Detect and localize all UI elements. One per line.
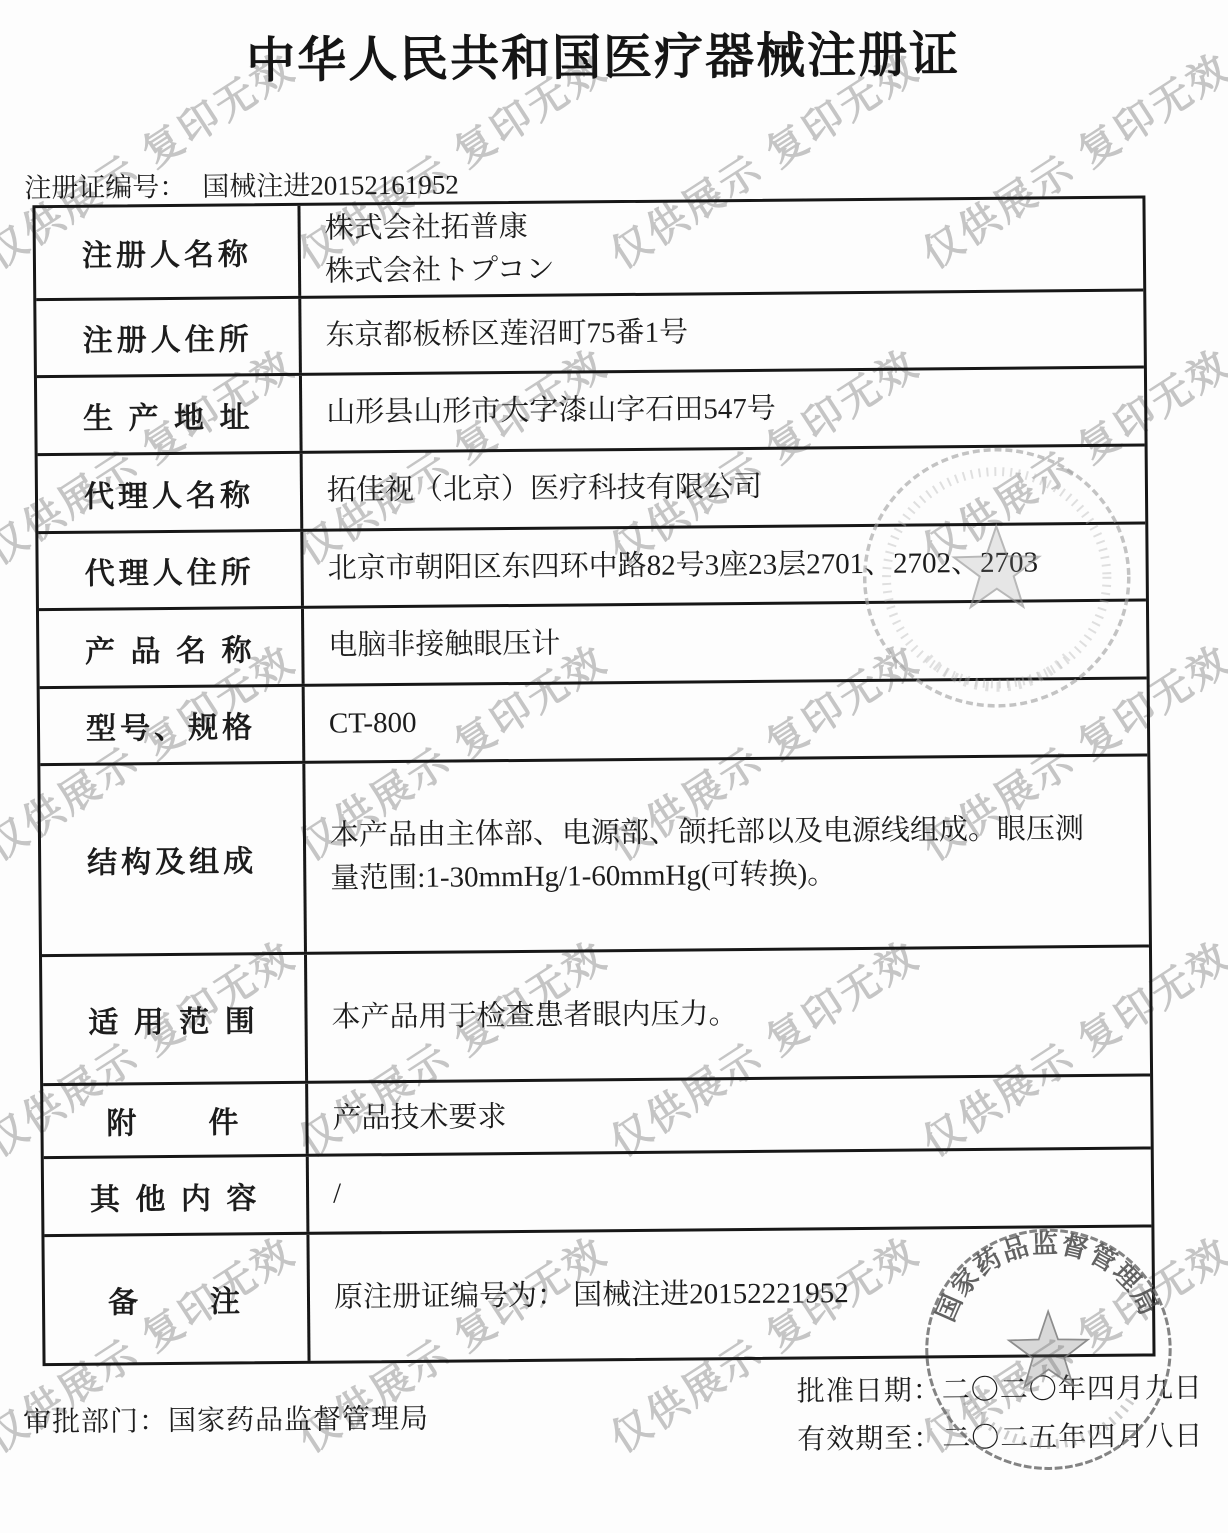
row-value: 本产品用于检查患者眼内压力。 xyxy=(307,947,1150,1080)
row-value: 山形县山形市大字漆山字石田547号 xyxy=(302,369,1145,451)
table-row-registrant-address: 注册人住所 东京都板桥区莲沼町75番1号 xyxy=(36,292,1144,379)
row-label: 产 品 名 称 xyxy=(39,609,305,686)
scanned-content: 中华人民共和国医疗器械注册证 注册证编号：国械注进20152161952 注册人… xyxy=(0,0,1228,1533)
value-line: 本产品用于检查患者眼内压力。 xyxy=(331,989,1139,1039)
value-line: 东京都板桥区莲沼町75番1号 xyxy=(325,307,1133,357)
approval-date-line: 批准日期：二〇二〇年四月九日 xyxy=(797,1366,1203,1410)
registration-no-label: 注册证编号： xyxy=(24,172,186,203)
row-label: 代理人住所 xyxy=(38,532,304,608)
row-value: 原注册证编号为： 国械注进20152221952 xyxy=(309,1227,1152,1360)
valid-until-value: 二〇二五年四月八日 xyxy=(942,1421,1203,1454)
row-value: 拓佳视（北京）医疗科技有限公司 xyxy=(303,447,1146,529)
table-row-other-content: 其 他 内 容 / xyxy=(44,1149,1152,1237)
valid-until-line: 有效期至：二〇二五年四月八日 xyxy=(797,1414,1203,1458)
value-line: 量范围:1-30mmHg/1-60mmHg(可转换)。 xyxy=(330,851,1138,901)
value-line: 本产品由主体部、电源部、颌托部以及电源线组成。眼压测 xyxy=(330,808,1138,858)
valid-until-label: 有效期至： xyxy=(797,1423,942,1455)
row-label: 其 他 内 容 xyxy=(44,1157,310,1234)
table-row-production-address: 生 产 地 址 山形县山形市大字漆山字石田547号 xyxy=(37,369,1145,457)
row-label: 注册人名称 xyxy=(35,206,301,298)
approval-department-line: 审批部门：国家药品监督管理局 xyxy=(23,1397,429,1441)
approval-department-label: 审批部门： xyxy=(23,1406,168,1438)
row-value: CT-800 xyxy=(305,679,1148,760)
value-line: 株式会社トプコン xyxy=(325,244,1133,294)
approval-department-value: 国家药品监督管理局 xyxy=(168,1404,429,1437)
row-label: 注册人住所 xyxy=(36,299,302,375)
row-label: 结构及组成 xyxy=(40,764,307,954)
row-label: 代理人名称 xyxy=(38,454,304,531)
row-value: 北京市朝阳区东四环中路82号3座23层2701、2702、2703 xyxy=(303,524,1146,605)
value-line: 北京市朝阳区东四环中路82号3座23层2701、2702、2703 xyxy=(327,540,1135,590)
row-label: 型号、规格 xyxy=(40,687,306,763)
page-title: 中华人民共和国医疗器械注册证 xyxy=(0,14,1217,95)
value-line: CT-800 xyxy=(329,695,1137,745)
table-row-attachments: 附 件 产品技术要求 xyxy=(43,1076,1151,1159)
row-value: 株式会社拓普康 株式会社トプコン xyxy=(300,199,1143,296)
table-row-remarks: 备 注 原注册证编号为： 国械注进20152221952 xyxy=(44,1227,1152,1363)
value-line: 产品技术要求 xyxy=(332,1090,1140,1140)
value-line: 株式会社拓普康 xyxy=(324,201,1132,251)
approval-date-value: 二〇二〇年四月九日 xyxy=(942,1373,1203,1406)
row-label: 附 件 xyxy=(43,1084,309,1156)
table-row-structure-composition: 结构及组成 本产品由主体部、电源部、颌托部以及电源线组成。眼压测 量范围:1-3… xyxy=(40,756,1149,957)
row-label: 生 产 地 址 xyxy=(37,376,303,453)
row-value: 电脑非接触眼压计 xyxy=(304,601,1147,683)
value-line: / xyxy=(333,1166,1141,1216)
table-row-agent-name: 代理人名称 拓佳视（北京）医疗科技有限公司 xyxy=(38,447,1146,535)
value-line: 拓佳视（北京）医疗科技有限公司 xyxy=(327,463,1135,513)
registration-number-line: 注册证编号：国械注进20152161952 xyxy=(24,162,459,205)
table-row-agent-address: 代理人住所 北京市朝阳区东四环中路82号3座23层2701、2702、2703 xyxy=(38,524,1146,611)
row-value: 本产品由主体部、电源部、颌托部以及电源线组成。眼压测 量范围:1-30mmHg/… xyxy=(305,756,1149,951)
value-line: 山形县山形市大字漆山字石田547号 xyxy=(326,385,1134,435)
row-label: 备 注 xyxy=(44,1235,310,1363)
certificate-table: 注册人名称 株式会社拓普康 株式会社トプコン 注册人住所 东京都板桥区莲沼町75… xyxy=(32,195,1155,1366)
row-value: 东京都板桥区莲沼町75番1号 xyxy=(301,292,1144,373)
value-line: 原注册证编号为： 国械注进20152221952 xyxy=(334,1269,1142,1319)
registration-no-value: 国械注进20152161952 xyxy=(202,169,459,201)
row-value: 产品技术要求 xyxy=(308,1076,1151,1153)
table-row-registrant-name: 注册人名称 株式会社拓普康 株式会社トプコン xyxy=(35,199,1143,302)
value-line: 电脑非接触眼压计 xyxy=(328,618,1136,668)
table-row-model-spec: 型号、规格 CT-800 xyxy=(40,679,1148,766)
row-label: 适 用 范 围 xyxy=(42,955,308,1083)
approval-date-label: 批准日期： xyxy=(797,1375,942,1407)
certificate-page: 仅供展示 复印无效仅供展示 复印无效仅供展示 复印无效仅供展示 复印无效仅供展示… xyxy=(0,0,1228,1533)
table-row-product-name: 产 品 名 称 电脑非接触眼压计 xyxy=(39,601,1147,689)
table-row-intended-use: 适 用 范 围 本产品用于检查患者眼内压力。 xyxy=(42,947,1150,1086)
row-value: / xyxy=(309,1149,1152,1231)
